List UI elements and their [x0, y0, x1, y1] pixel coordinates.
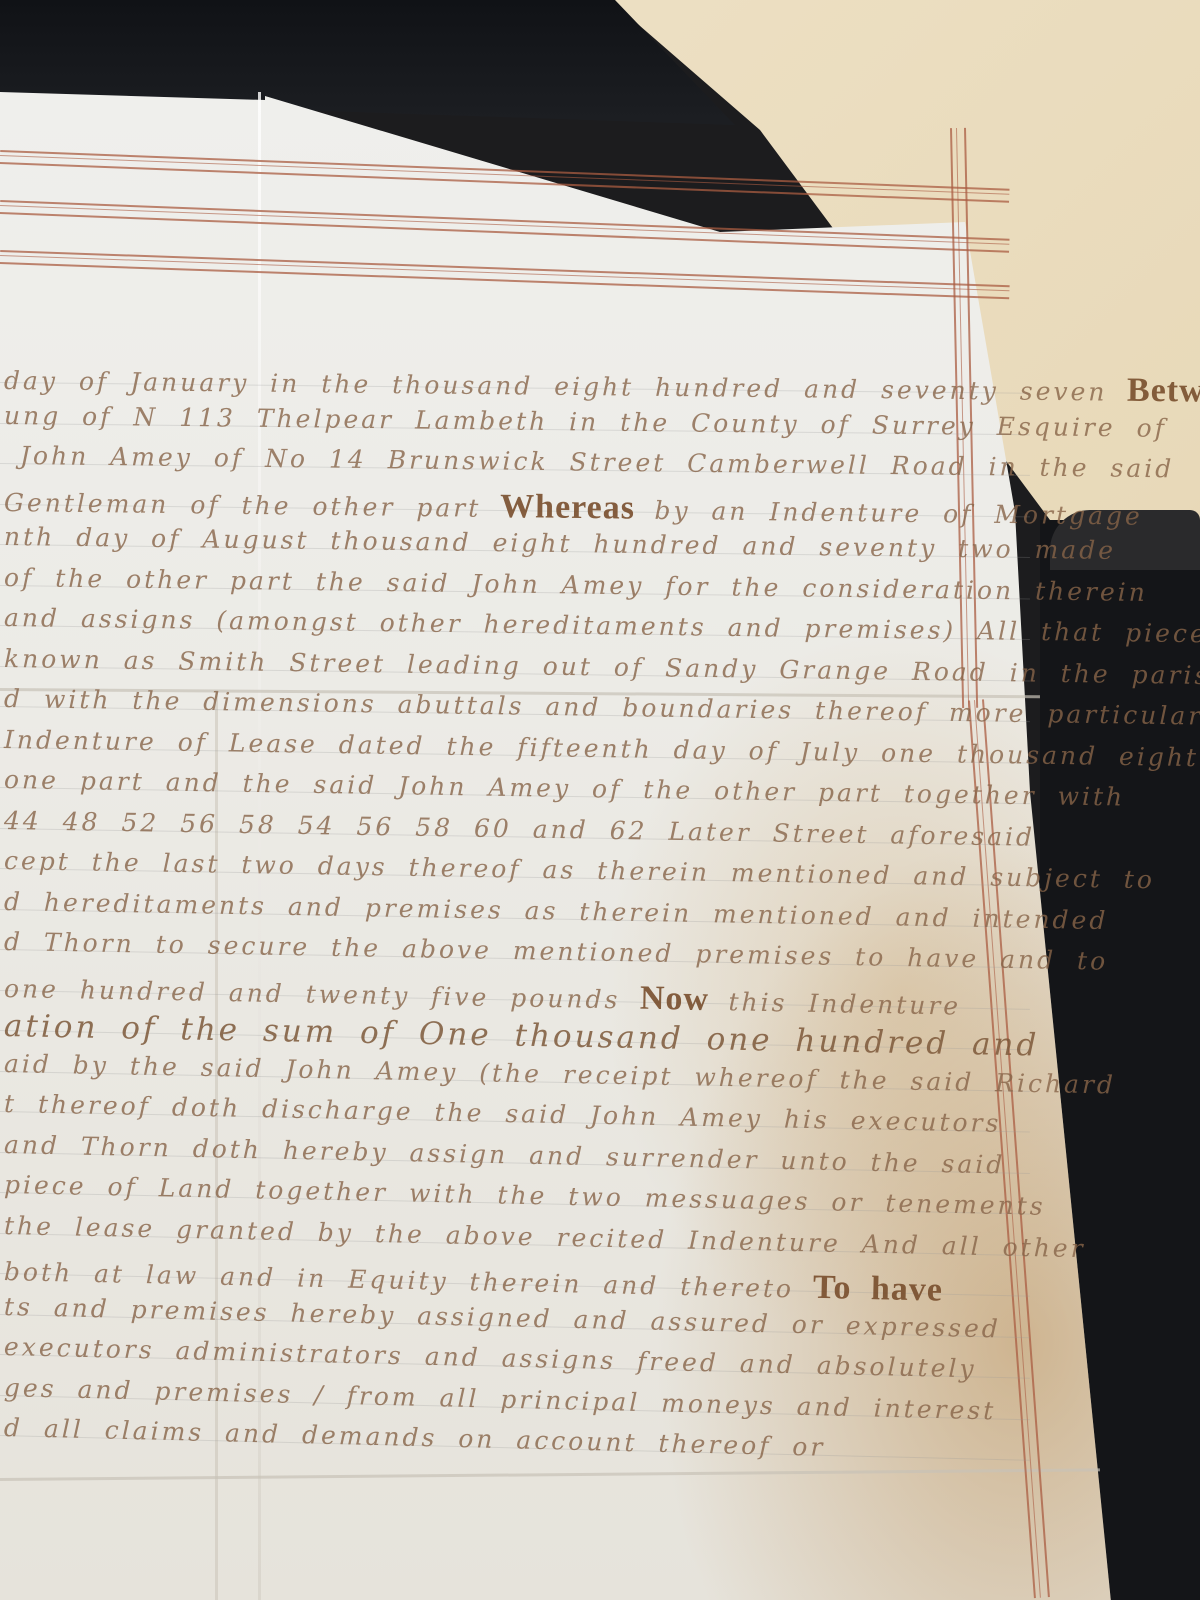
line-text: Gentleman of the other part — [4, 488, 482, 523]
paper-fold-vertical — [258, 92, 261, 1600]
display-word: Now — [620, 979, 729, 1018]
display-word: Between — [1107, 372, 1200, 411]
line-text-continued: by an Indenture of Mortgage — [654, 495, 1143, 530]
display-word: Whereas — [481, 487, 655, 526]
line-text-continued: this Indenture — [728, 987, 961, 1020]
display-word: To have — [794, 1268, 944, 1308]
